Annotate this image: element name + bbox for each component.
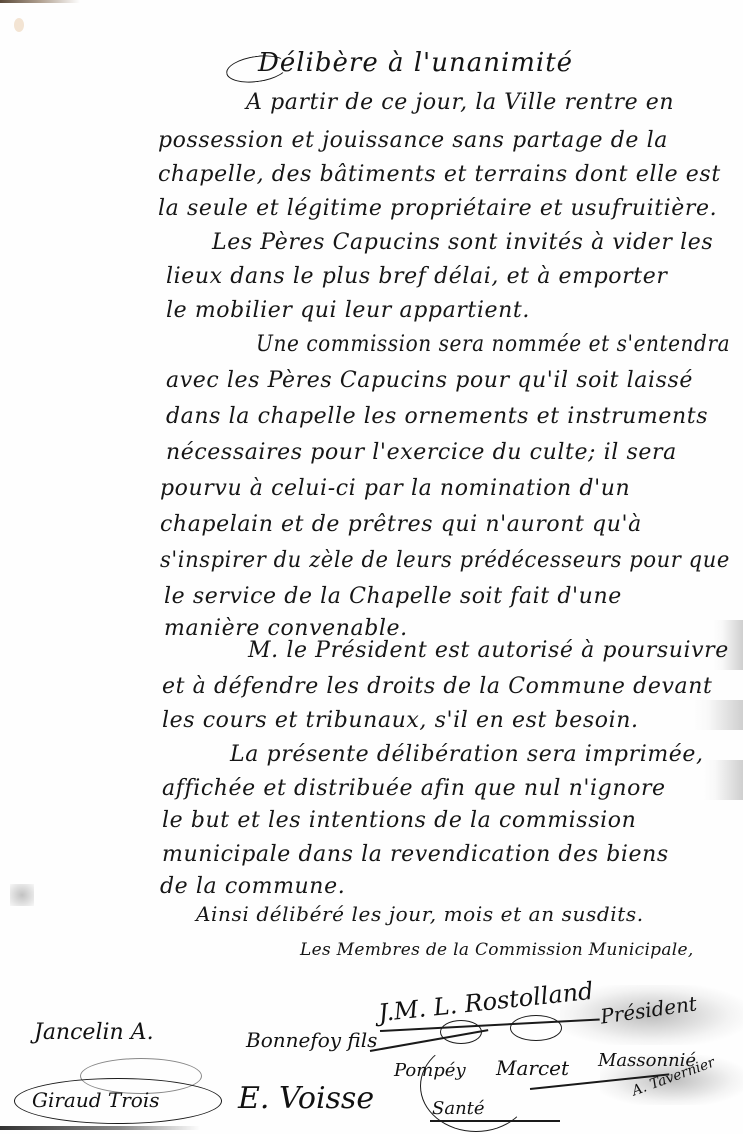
text-line: municipale dans la revendication des bie… [162,844,669,866]
text-line: le but et les intentions de la commissio… [162,810,636,832]
text-line: et à défendre les droits de la Commune d… [162,676,712,698]
text-line: Les Pères Capucins sont invités à vider … [212,232,713,254]
text-line: avec les Pères Capucins pour qu'il soit … [166,370,693,392]
text-line: chapelle, des bâtiments et terrains dont… [158,164,721,186]
closing-line: Ainsi délibéré les jour, mois et an susd… [196,904,644,924]
text-line: possession et jouissance sans partage de… [158,130,668,152]
text-line: le service de la Chapelle soit fait d'un… [164,586,622,608]
text-line: manière convenable. [164,618,408,640]
text-line: A partir de ce jour, la Ville rentre en [246,92,674,114]
text-line: dans la chapelle les ornements et instru… [166,406,708,428]
signature: Santé [432,1100,485,1118]
margin-smudge [10,884,34,906]
scan-shadow [703,760,743,800]
text-line: Une commission sera nommée et s'entendra [256,334,730,356]
page-title: Délibère à l'unanimité [258,48,573,78]
paper-edge [0,0,80,3]
paper-edge [0,1126,200,1130]
signature: E. Voisse [238,1084,374,1114]
signature: Bonnefoy fils [246,1030,377,1050]
text-line: pourvu à celui-ci par la nomination d'un [160,478,630,500]
text-line: s'inspirer du zèle de leurs prédécesseur… [160,550,730,572]
signature-flourish [510,1015,562,1041]
text-line: M. le Président est autorisé à poursuivr… [248,640,729,662]
document-page: Délibère à l'unanimité A partir de ce jo… [0,0,743,1134]
scan-shadow [693,700,743,730]
text-line: affichée et distribuée afin que nul n'ig… [162,778,666,800]
text-line: les cours et tribunaux, s'il en est beso… [162,710,639,732]
text-line: de la commune. [160,876,345,898]
signatures-heading: Les Membres de la Commission Municipale, [300,940,694,960]
text-line: la seule et légitime propriétaire et usu… [158,198,717,220]
text-line: chapelain et de prêtres qui n'auront qu'… [160,514,642,536]
text-line: La présente délibération sera imprimée, [230,744,704,766]
signature: Jancelin A. [34,1022,154,1044]
paper-stain [14,18,24,32]
text-line: le mobilier qui leur appartient. [166,300,530,322]
signature: Giraud Trois [32,1090,160,1110]
text-line: lieux dans le plus bref délai, et à empo… [166,266,667,288]
text-line: nécessaires pour l'exercice du culte; il… [166,442,677,464]
signature-stroke [430,1120,560,1122]
